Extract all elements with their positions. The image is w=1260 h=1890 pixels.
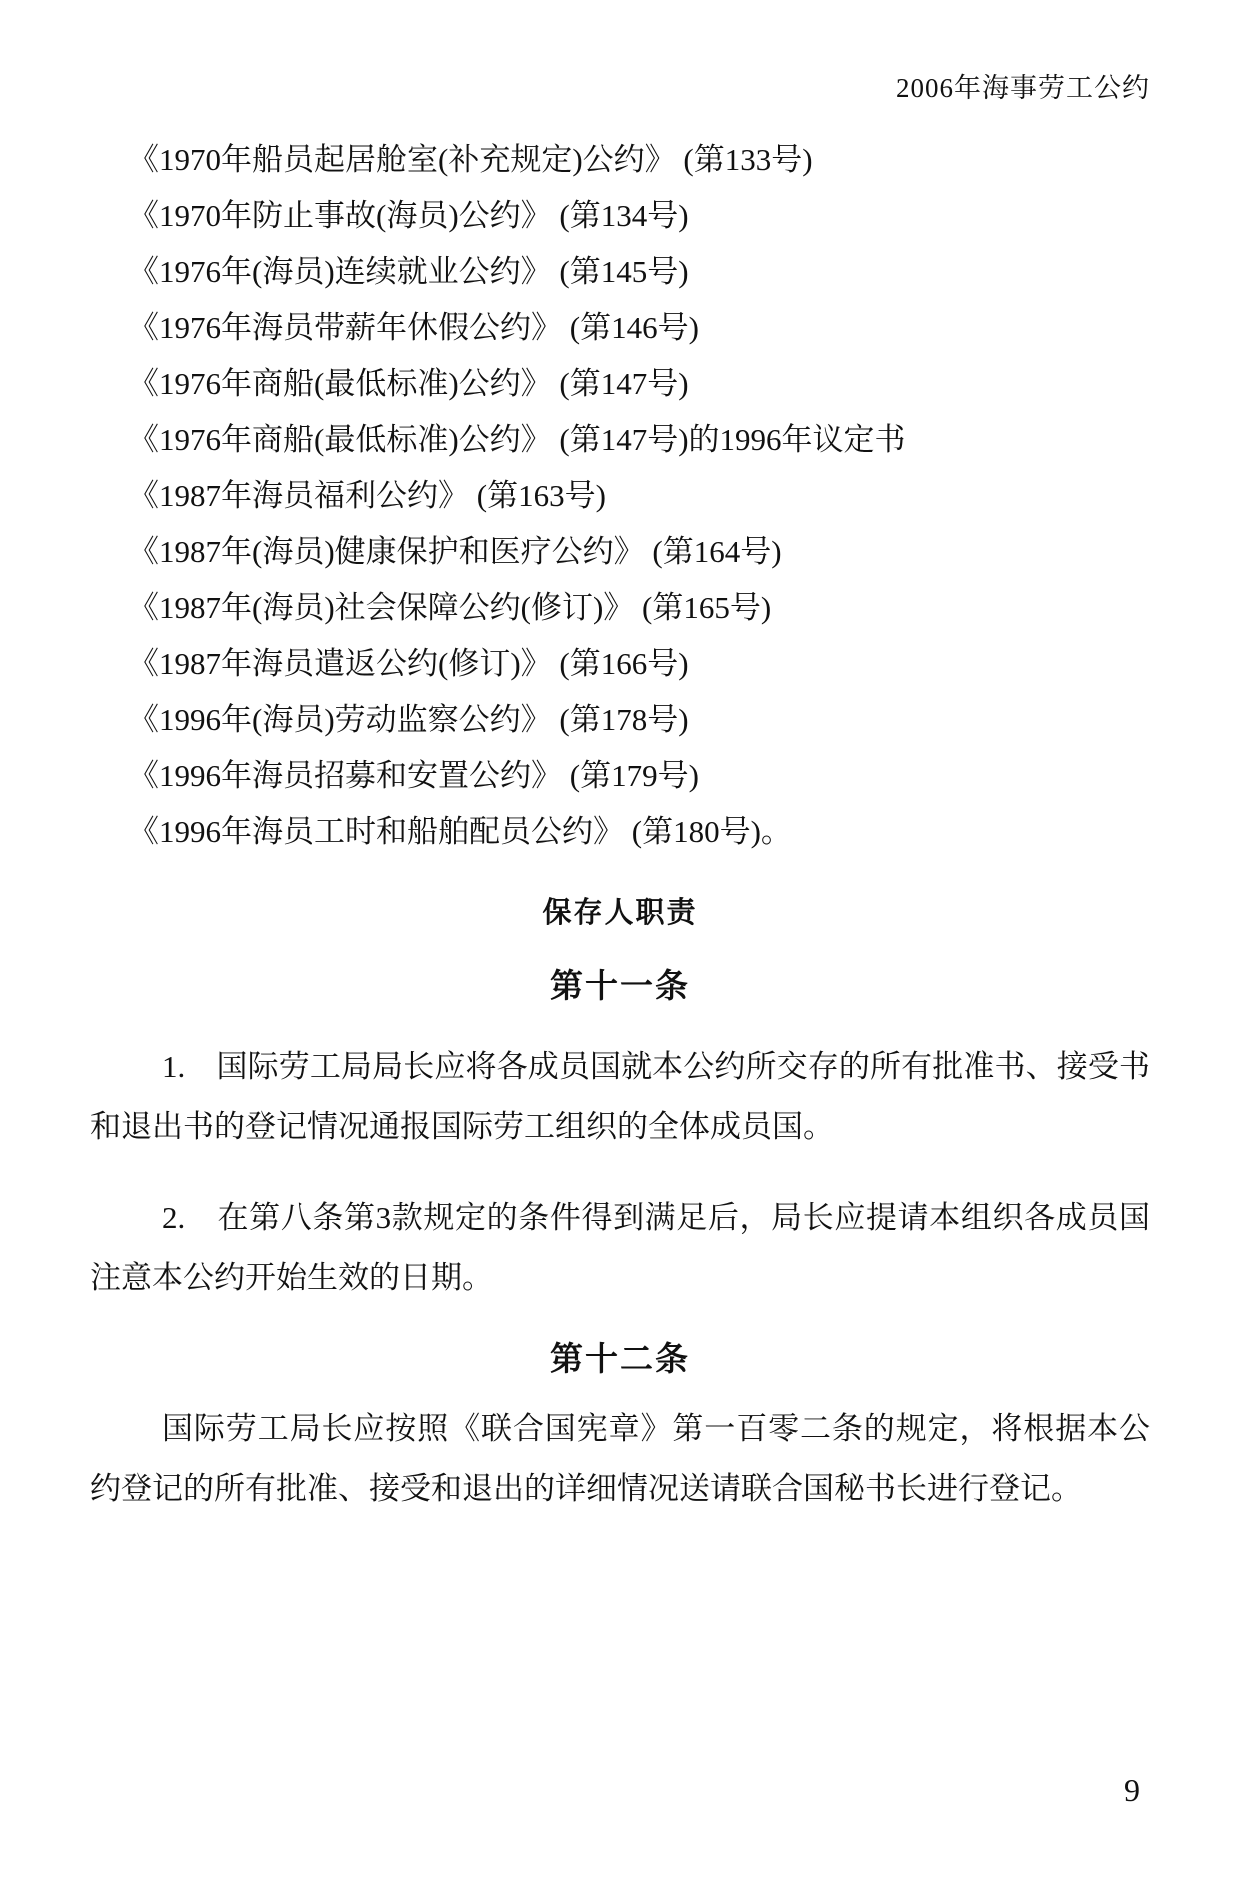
article-11-heading: 第十一条 xyxy=(90,966,1150,1008)
convention-item: 《1987年(海员)健康保护和医疗公约》 (第164号) xyxy=(128,524,1150,580)
convention-list: 《1970年船员起居舱室(补充规定)公约》 (第133号) 《1970年防止事故… xyxy=(90,132,1150,860)
article-12-heading: 第十二条 xyxy=(90,1339,1150,1381)
document-page: 2006年海事劳工公约 《1970年船员起居舱室(补充规定)公约》 (第133号… xyxy=(0,0,1260,1890)
convention-item: 《1996年海员工时和船舶配员公约》 (第180号)。 xyxy=(128,804,1150,860)
section-heading-depositary-duties: 保存人职责 xyxy=(90,896,1150,930)
convention-item: 《1996年海员招募和安置公约》 (第179号) xyxy=(128,748,1150,804)
convention-item: 《1976年海员带薪年休假公约》 (第146号) xyxy=(128,300,1150,356)
page-number: 9 xyxy=(1124,1772,1140,1808)
convention-item: 《1976年商船(最低标准)公约》 (第147号)的1996年议定书 xyxy=(128,412,1150,468)
convention-item: 《1976年商船(最低标准)公约》 (第147号) xyxy=(128,356,1150,412)
convention-item: 《1976年(海员)连续就业公约》 (第145号) xyxy=(128,244,1150,300)
article-11-paragraph-1: 1. 国际劳工局局长应将各成员国就本公约所交存的所有批准书、接受书和退出书的登记… xyxy=(90,1037,1150,1157)
convention-item: 《1996年(海员)劳动监察公约》 (第178号) xyxy=(128,692,1150,748)
running-header-title: 2006年海事劳工公约 xyxy=(90,70,1150,106)
article-12-paragraph-1: 国际劳工局长应按照《联合国宪章》第一百零二条的规定，将根据本公约登记的所有批准、… xyxy=(90,1399,1150,1519)
convention-item: 《1987年海员遣返公约(修订)》 (第166号) xyxy=(128,636,1150,692)
convention-item: 《1970年防止事故(海员)公约》 (第134号) xyxy=(128,188,1150,244)
article-11-paragraph-2: 2. 在第八条第3款规定的条件得到满足后，局长应提请本组织各成员国注意本公约开始… xyxy=(90,1188,1150,1308)
page-content: 2006年海事劳工公约 《1970年船员起居舱室(补充规定)公约》 (第133号… xyxy=(0,70,1260,1519)
convention-item: 《1987年海员福利公约》 (第163号) xyxy=(128,468,1150,524)
convention-item: 《1987年(海员)社会保障公约(修订)》 (第165号) xyxy=(128,580,1150,636)
convention-item: 《1970年船员起居舱室(补充规定)公约》 (第133号) xyxy=(128,132,1150,188)
